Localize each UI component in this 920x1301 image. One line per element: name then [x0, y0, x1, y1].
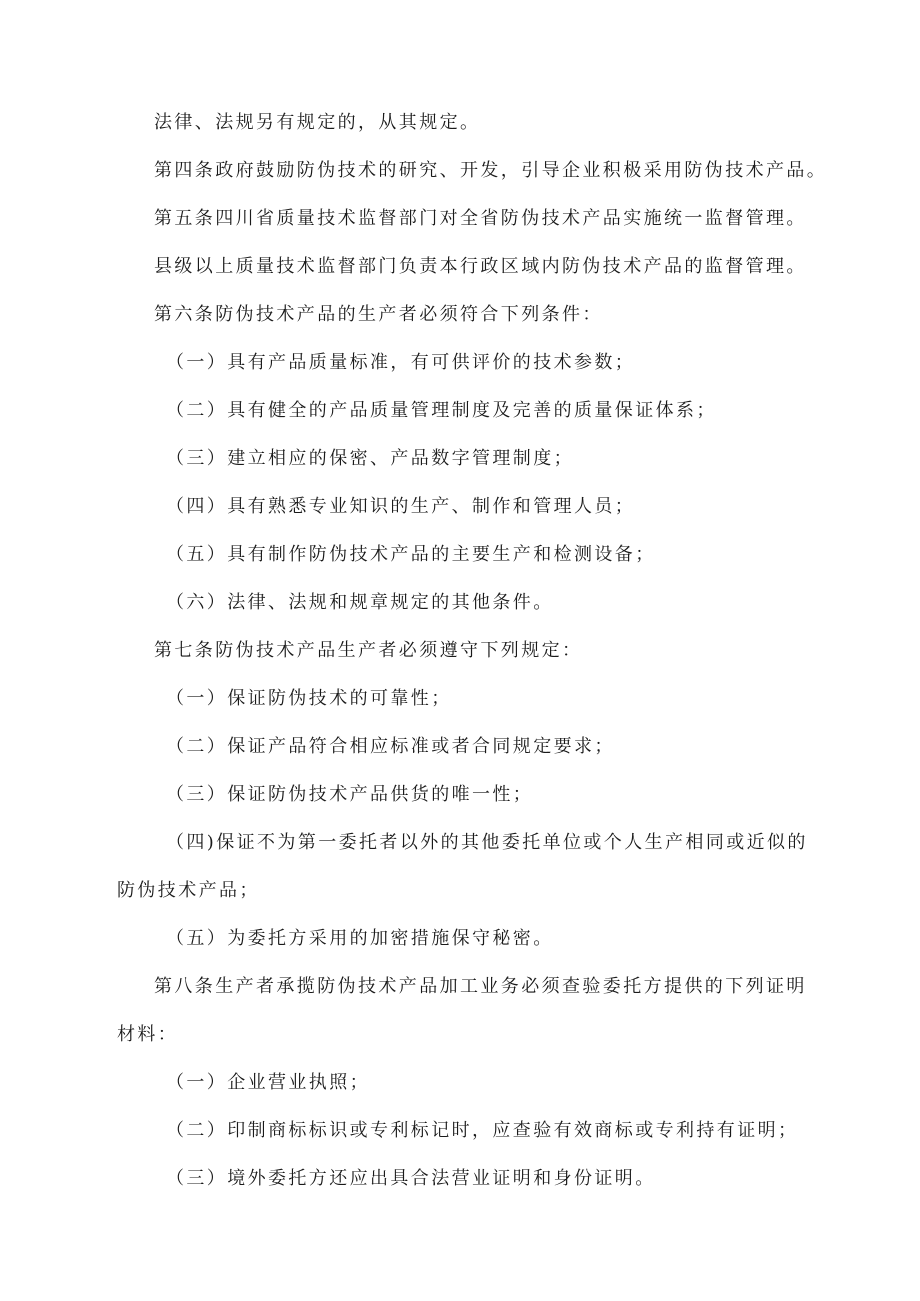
- article-8: 第八条生产者承揽防伪技术产品加工业务必须查验委托方提供的下列证明: [154, 975, 807, 999]
- article-8-item-2: （二）印制商标标识或专利标记时，应查验有效商标或专利持有证明；: [166, 1119, 798, 1143]
- article-5: 第五条四川省质量技术监督部门对全省防伪技术产品实施统一监督管理。: [154, 207, 807, 231]
- article-7-item-5: （五）为委托方采用的加密措施保守秘密。: [166, 927, 554, 951]
- article-6-item-5: （五）具有制作防伪技术产品的主要生产和检测设备；: [166, 543, 656, 567]
- article-8-item-3: （三）境外委托方还应出具合法营业证明和身份证明。: [166, 1167, 656, 1191]
- article-7-item-4-continuation: 防伪技术产品；: [117, 879, 260, 903]
- article-8-item-1: （一）企业营业执照；: [166, 1071, 370, 1095]
- article-6-item-4: （四）具有熟悉专业知识的生产、制作和管理人员；: [166, 495, 635, 519]
- article-5-paragraph-2: 县级以上质量技术监督部门负责本行政区域内防伪技术产品的监督管理。: [154, 255, 807, 279]
- article-4: 第四条政府鼓励防伪技术的研究、开发，引导企业积极采用防伪技术产品。: [154, 159, 827, 183]
- article-6-item-1: （一）具有产品质量标准，有可供评价的技术参数；: [166, 351, 635, 375]
- article-7-item-3: （三）保证防伪技术产品供货的唯一性；: [166, 783, 533, 807]
- article-6-item-2: （二）具有健全的产品质量管理制度及完善的质量保证体系；: [166, 399, 717, 423]
- article-7: 第七条防伪技术产品生产者必须遵守下列规定：: [154, 639, 582, 663]
- article-6-item-3: （三）建立相应的保密、产品数字管理制度；: [166, 447, 574, 471]
- paragraph-supplementary-rule: 法律、法规另有规定的，从其规定。: [154, 111, 480, 135]
- article-7-item-4: （四)保证不为第一委托者以外的其他委托单位或个人生产相同或近似的: [166, 831, 808, 855]
- article-6: 第六条防伪技术产品的生产者必须符合下列条件：: [154, 303, 603, 327]
- article-7-item-1: （一）保证防伪技术的可靠性；: [166, 687, 452, 711]
- document-page: 法律、法规另有规定的，从其规定。 第四条政府鼓励防伪技术的研究、开发，引导企业积…: [0, 0, 920, 1301]
- article-7-item-2: （二）保证产品符合相应标准或者合同规定要求；: [166, 735, 615, 759]
- article-6-item-6: （六）法律、法规和规章规定的其他条件。: [166, 591, 554, 615]
- article-8-continuation: 材料：: [117, 1023, 178, 1047]
